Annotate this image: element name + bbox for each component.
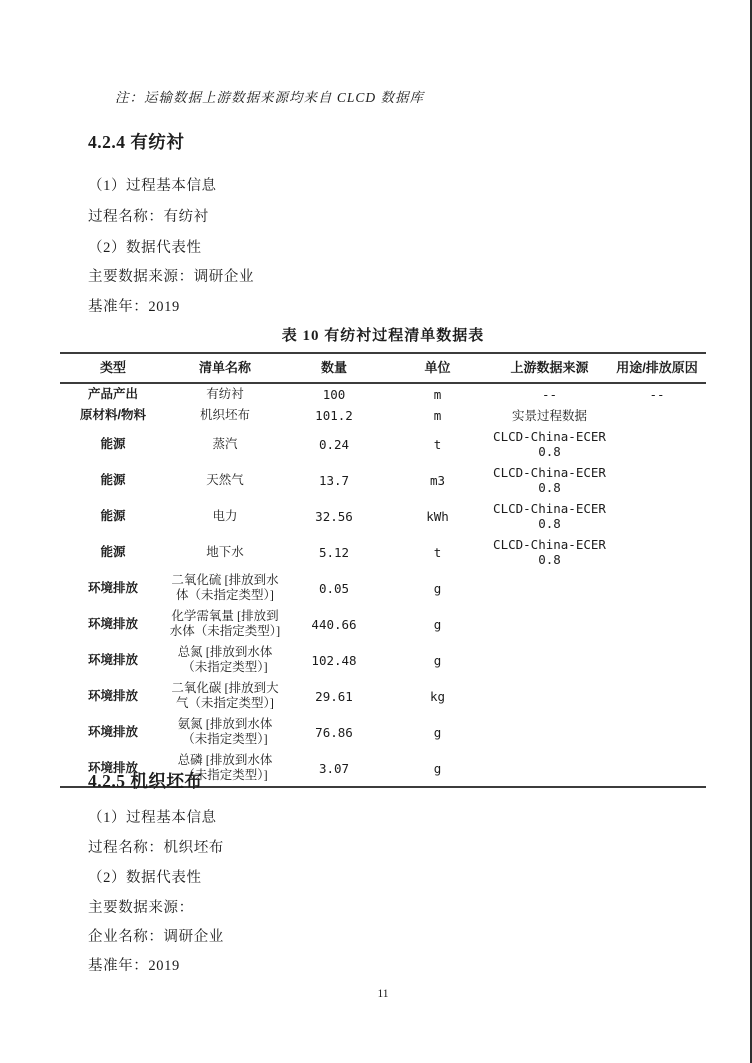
row-type-cell: 环境排放 bbox=[60, 642, 166, 678]
row-name-cell: 机织坯布 bbox=[166, 405, 284, 426]
table-row: 能源 天然气 13.7 m3 CLCD-China-ECER 0.8 bbox=[60, 462, 706, 498]
row-qty-cell: 76.86 bbox=[284, 714, 384, 750]
row-purpose-cell bbox=[608, 678, 706, 714]
page-number: 11 bbox=[60, 988, 706, 1000]
row-source-cell bbox=[491, 606, 608, 642]
column-header-purpose: 用途/排放原因 bbox=[608, 353, 706, 383]
row-source-cell: -- bbox=[491, 383, 608, 405]
row-type-cell: 环境排放 bbox=[60, 714, 166, 750]
row-qty-cell: 100 bbox=[284, 383, 384, 405]
row-unit-cell: m bbox=[384, 383, 491, 405]
base-year-line-2: 基准年：2019 bbox=[88, 954, 180, 975]
row-unit-cell: m3 bbox=[384, 462, 491, 498]
table-row: 产品产出 有纺衬 100 m -- -- bbox=[60, 383, 706, 405]
table-header-row: 类型 清单名称 数量 单位 上游数据来源 用途/排放原因 bbox=[60, 353, 706, 383]
row-purpose-cell: -- bbox=[608, 383, 706, 405]
table-row: 能源 地下水 5.12 t CLCD-China-ECER 0.8 bbox=[60, 534, 706, 570]
row-unit-cell: g bbox=[384, 606, 491, 642]
process-basic-info-label: （1）过程基本信息 bbox=[88, 174, 217, 195]
row-unit-cell: g bbox=[384, 714, 491, 750]
row-name-cell: 电力 bbox=[166, 498, 284, 534]
row-purpose-cell bbox=[608, 462, 706, 498]
row-name-cell: 蒸汽 bbox=[166, 426, 284, 462]
row-qty-cell: 32.56 bbox=[284, 498, 384, 534]
column-header-source: 上游数据来源 bbox=[491, 353, 608, 383]
row-purpose-cell bbox=[608, 570, 706, 606]
row-qty-cell: 3.07 bbox=[284, 750, 384, 787]
row-type-cell: 能源 bbox=[60, 534, 166, 570]
row-name-cell: 氨氮 [排放到水体（未指定类型）] bbox=[166, 714, 284, 750]
main-data-source-line-2: 主要数据来源： bbox=[88, 896, 194, 917]
inventory-data-table: 类型 清单名称 数量 单位 上游数据来源 用途/排放原因 产品产出 有纺衬 10… bbox=[60, 352, 706, 788]
row-type-cell: 原材料/物料 bbox=[60, 405, 166, 426]
column-header-name: 清单名称 bbox=[166, 353, 284, 383]
row-type-cell: 环境排放 bbox=[60, 678, 166, 714]
data-representativeness-label-2: （2）数据代表性 bbox=[88, 866, 202, 887]
row-source-cell bbox=[491, 570, 608, 606]
row-source-cell bbox=[491, 678, 608, 714]
row-unit-cell: t bbox=[384, 534, 491, 570]
row-name-cell: 地下水 bbox=[166, 534, 284, 570]
row-unit-cell: kg bbox=[384, 678, 491, 714]
row-type-cell: 环境排放 bbox=[60, 606, 166, 642]
row-qty-cell: 0.05 bbox=[284, 570, 384, 606]
row-qty-cell: 101.2 bbox=[284, 405, 384, 426]
table-row: 环境排放 化学需氧量 [排放到水体（未指定类型）] 440.66 g bbox=[60, 606, 706, 642]
table-row: 环境排放 总氮 [排放到水体（未指定类型）] 102.48 g bbox=[60, 642, 706, 678]
row-name-cell: 化学需氧量 [排放到水体（未指定类型）] bbox=[166, 606, 284, 642]
row-type-cell: 产品产出 bbox=[60, 383, 166, 405]
row-name-cell: 天然气 bbox=[166, 462, 284, 498]
row-type-cell: 能源 bbox=[60, 426, 166, 462]
row-source-cell bbox=[491, 750, 608, 787]
table-header: 类型 清单名称 数量 单位 上游数据来源 用途/排放原因 bbox=[60, 353, 706, 383]
row-name-cell: 有纺衬 bbox=[166, 383, 284, 405]
row-purpose-cell bbox=[608, 405, 706, 426]
row-source-cell bbox=[491, 642, 608, 678]
process-name-line: 过程名称：有纺衬 bbox=[88, 205, 209, 226]
process-name-line-2: 过程名称：机织坯布 bbox=[88, 836, 224, 857]
column-header-qty: 数量 bbox=[284, 353, 384, 383]
row-purpose-cell bbox=[608, 498, 706, 534]
row-purpose-cell bbox=[608, 642, 706, 678]
row-source-cell: CLCD-China-ECER 0.8 bbox=[491, 426, 608, 462]
row-unit-cell: g bbox=[384, 750, 491, 787]
row-qty-cell: 0.24 bbox=[284, 426, 384, 462]
data-representativeness-label: （2）数据代表性 bbox=[88, 236, 202, 257]
row-source-cell bbox=[491, 714, 608, 750]
row-type-cell: 能源 bbox=[60, 498, 166, 534]
column-header-type: 类型 bbox=[60, 353, 166, 383]
row-purpose-cell bbox=[608, 426, 706, 462]
table-row: 能源 电力 32.56 kWh CLCD-China-ECER 0.8 bbox=[60, 498, 706, 534]
table-row: 原材料/物料 机织坯布 101.2 m 实景过程数据 bbox=[60, 405, 706, 426]
row-source-cell: CLCD-China-ECER 0.8 bbox=[491, 498, 608, 534]
row-type-cell: 能源 bbox=[60, 462, 166, 498]
row-unit-cell: kWh bbox=[384, 498, 491, 534]
document-page: 注：运输数据上游数据来源均来自 CLCD 数据库 4.2.4 有纺衬 （1）过程… bbox=[0, 0, 752, 1063]
row-unit-cell: t bbox=[384, 426, 491, 462]
table-row: 能源 蒸汽 0.24 t CLCD-China-ECER 0.8 bbox=[60, 426, 706, 462]
row-name-cell: 总氮 [排放到水体（未指定类型）] bbox=[166, 642, 284, 678]
row-unit-cell: m bbox=[384, 405, 491, 426]
process-basic-info-label-2: （1）过程基本信息 bbox=[88, 806, 217, 827]
transport-data-note: 注：运输数据上游数据来源均来自 CLCD 数据库 bbox=[115, 86, 424, 106]
column-header-unit: 单位 bbox=[384, 353, 491, 383]
row-unit-cell: g bbox=[384, 642, 491, 678]
row-qty-cell: 102.48 bbox=[284, 642, 384, 678]
row-purpose-cell bbox=[608, 534, 706, 570]
table-body: 产品产出 有纺衬 100 m -- -- 原材料/物料 机织坯布 101.2 m… bbox=[60, 383, 706, 787]
row-name-cell: 二氧化碳 [排放到大气（未指定类型）] bbox=[166, 678, 284, 714]
table-row: 环境排放 二氧化硫 [排放到水体（未指定类型）] 0.05 g bbox=[60, 570, 706, 606]
company-name-line: 企业名称：调研企业 bbox=[88, 925, 224, 946]
row-qty-cell: 440.66 bbox=[284, 606, 384, 642]
row-qty-cell: 5.12 bbox=[284, 534, 384, 570]
row-qty-cell: 29.61 bbox=[284, 678, 384, 714]
section-heading-424: 4.2.4 有纺衬 bbox=[88, 129, 184, 154]
row-unit-cell: g bbox=[384, 570, 491, 606]
row-type-cell: 环境排放 bbox=[60, 570, 166, 606]
row-purpose-cell bbox=[608, 714, 706, 750]
row-source-cell: 实景过程数据 bbox=[491, 405, 608, 426]
table-caption: 表 10 有纺衬过程清单数据表 bbox=[60, 324, 706, 345]
row-source-cell: CLCD-China-ECER 0.8 bbox=[491, 534, 608, 570]
row-qty-cell: 13.7 bbox=[284, 462, 384, 498]
table-row: 环境排放 氨氮 [排放到水体（未指定类型）] 76.86 g bbox=[60, 714, 706, 750]
row-source-cell: CLCD-China-ECER 0.8 bbox=[491, 462, 608, 498]
row-name-cell: 二氧化硫 [排放到水体（未指定类型）] bbox=[166, 570, 284, 606]
base-year-line: 基准年：2019 bbox=[88, 295, 180, 316]
row-purpose-cell bbox=[608, 750, 706, 787]
row-purpose-cell bbox=[608, 606, 706, 642]
section-heading-425: 4.2.5 机织坯布 bbox=[88, 768, 202, 793]
main-data-source-line: 主要数据来源：调研企业 bbox=[88, 265, 254, 286]
table-row: 环境排放 二氧化碳 [排放到大气（未指定类型）] 29.61 kg bbox=[60, 678, 706, 714]
